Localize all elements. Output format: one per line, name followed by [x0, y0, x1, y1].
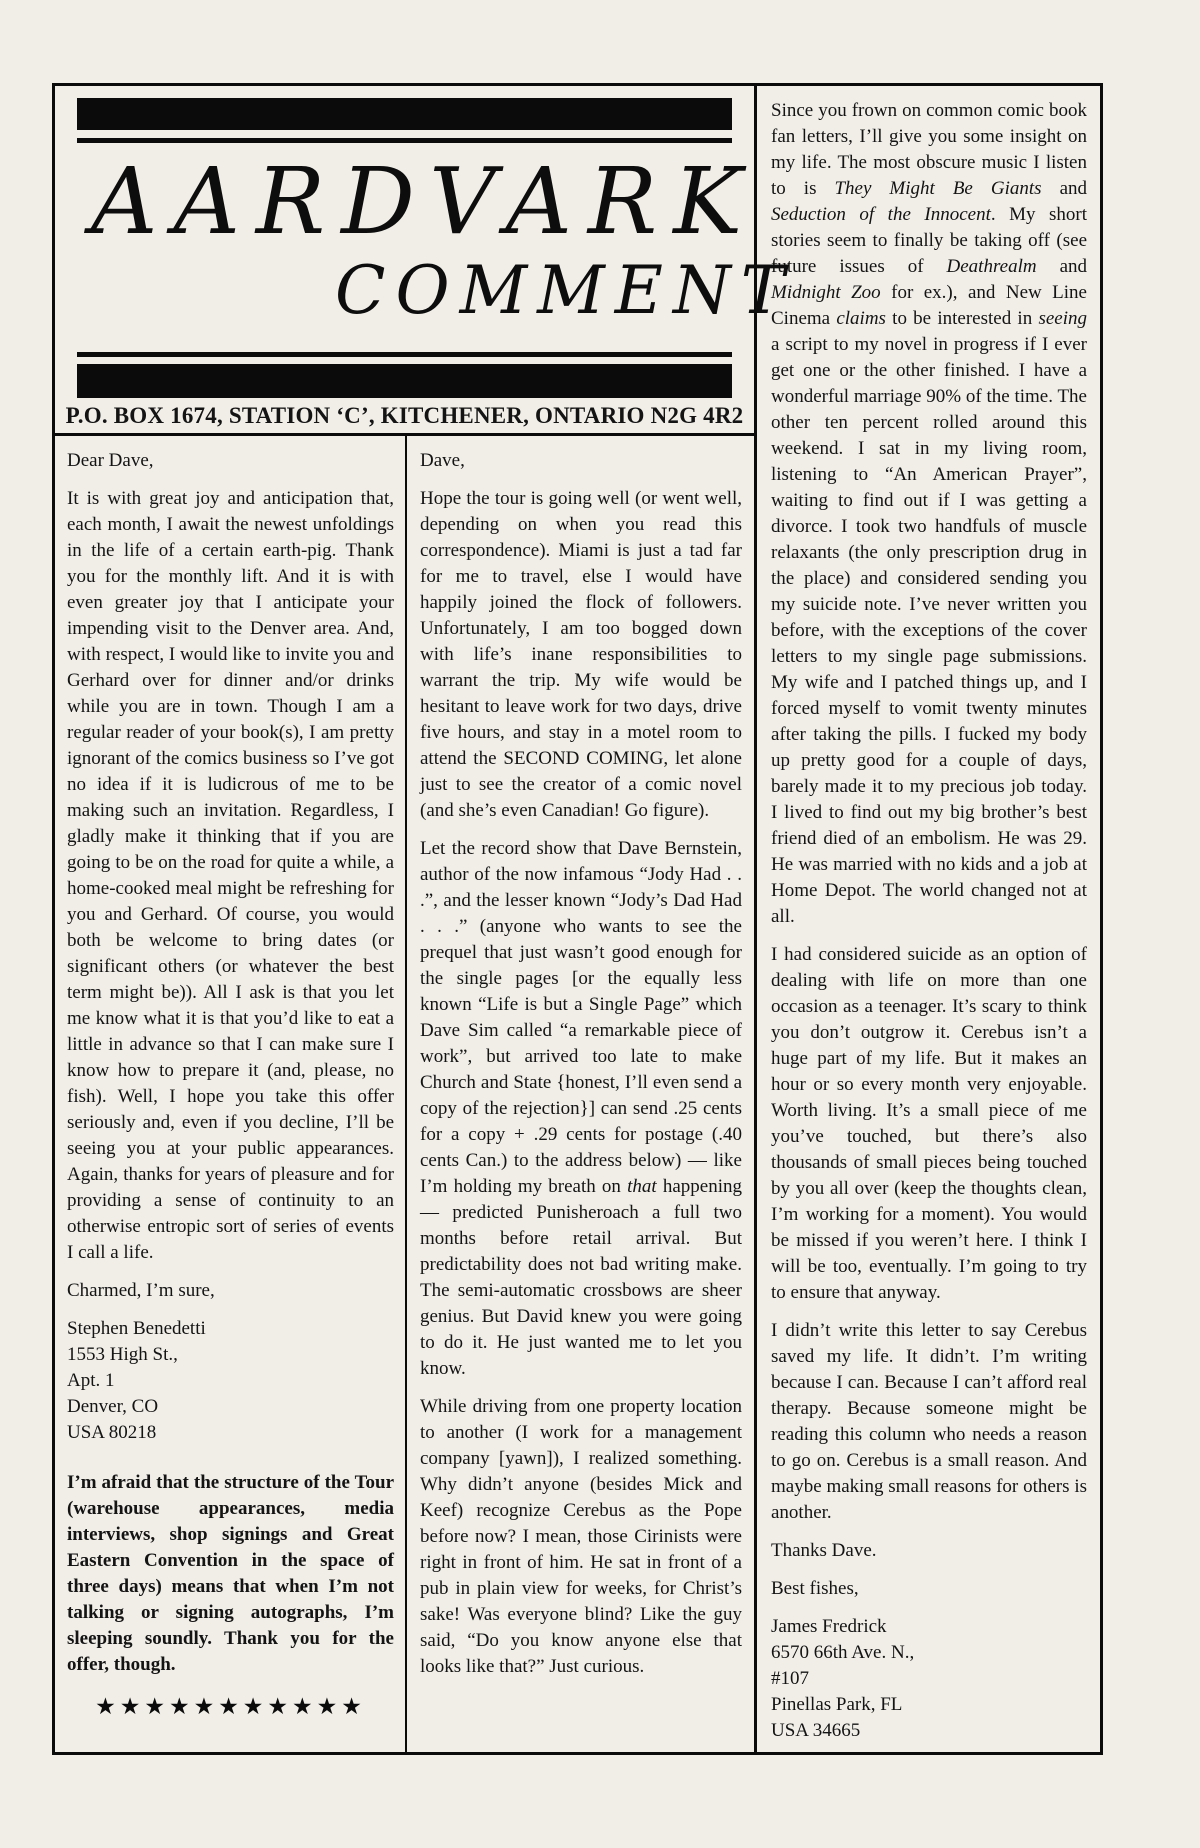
column-left: Dear Dave, It is with great joy and anti… — [55, 436, 407, 1752]
column-middle: Dave, Hope the tour is going well (or we… — [407, 436, 754, 1752]
masthead-title-line1: AARDVARK — [91, 156, 758, 248]
letter-paragraph: While driving from one property location… — [420, 1394, 742, 1680]
letters-row: Dear Dave, It is with great joy and anti… — [55, 436, 754, 1752]
letter2-salutation: Dave, — [420, 448, 742, 474]
letter-paragraph: I had considered suicide as an option of… — [771, 942, 1087, 1306]
po-box-address: P.O. BOX 1674, STATION ‘C’, KITCHENER, O… — [55, 403, 754, 429]
address-line: USA 34665 — [771, 1718, 1087, 1744]
letter2-continued-paragraphs: Since you frown on common comic book fan… — [771, 98, 1087, 1526]
letter2-signoff: Best fishes, — [771, 1576, 1087, 1602]
left-region: AARDVARK COMMENT P.O. BOX 1674, STATION … — [55, 86, 757, 1752]
letter-paragraph: Let the record show that Dave Bernstein,… — [420, 836, 742, 1382]
address-line: James Fredrick — [771, 1614, 1087, 1640]
address-line: Denver, CO — [67, 1394, 394, 1420]
address-line: Pinellas Park, FL — [771, 1692, 1087, 1718]
masthead-title-line2: COMMENT — [335, 258, 795, 324]
address-line: USA 80218 — [67, 1420, 394, 1446]
masthead-bottom-rule — [77, 352, 732, 357]
letter2-sender-address: James Fredrick6570 66th Ave. N.,#107Pine… — [771, 1614, 1087, 1744]
masthead-top-bar — [77, 98, 732, 130]
address-line: 1553 High St., — [67, 1342, 394, 1368]
letter1-signoff: Charmed, I’m sure, — [67, 1278, 394, 1304]
masthead: AARDVARK COMMENT P.O. BOX 1674, STATION … — [55, 86, 754, 436]
letter2-thanks: Thanks Dave. — [771, 1538, 1087, 1564]
column-right: Since you frown on common comic book fan… — [757, 86, 1100, 1752]
letter1-body: It is with great joy and anticipation th… — [67, 486, 394, 1266]
letter-paragraph: I didn’t write this letter to say Cerebu… — [771, 1318, 1087, 1526]
star-divider: ★★★★★★★★★★★ — [67, 1694, 394, 1720]
address-line: Apt. 1 — [67, 1368, 394, 1394]
address-line: Stephen Benedetti — [67, 1316, 394, 1342]
address-line: 6570 66th Ave. N., — [771, 1640, 1087, 1666]
masthead-bottom-bar — [77, 364, 732, 398]
address-line: #107 — [771, 1666, 1087, 1692]
masthead-top-rule — [77, 138, 732, 143]
letter2-paragraphs: Hope the tour is going well (or went wel… — [420, 486, 742, 1680]
letter-paragraph: Since you frown on common comic book fan… — [771, 98, 1087, 930]
editor-reply: I’m afraid that the structure of the Tou… — [67, 1470, 394, 1678]
letter-paragraph: Hope the tour is going well (or went wel… — [420, 486, 742, 824]
letter1-salutation: Dear Dave, — [67, 448, 394, 474]
letters-page: AARDVARK COMMENT P.O. BOX 1674, STATION … — [0, 0, 1200, 1848]
content-frame: AARDVARK COMMENT P.O. BOX 1674, STATION … — [52, 83, 1103, 1755]
letter1-sender-address: Stephen Benedetti1553 High St.,Apt. 1Den… — [67, 1316, 394, 1446]
